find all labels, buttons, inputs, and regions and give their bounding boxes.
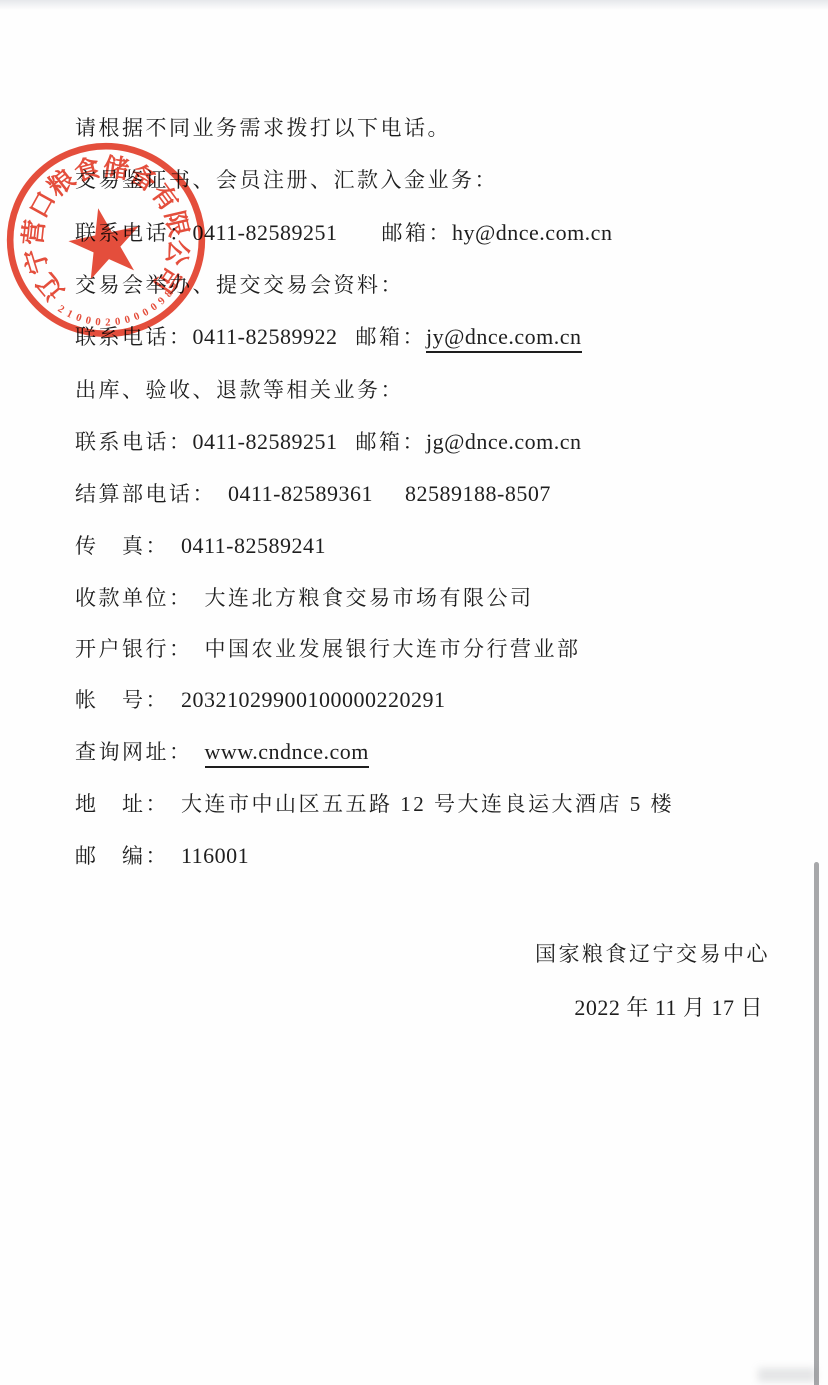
intro-text: 请根据不同业务需求拨打以下电话。 (75, 116, 451, 140)
phone-label: 联系电话： (75, 221, 193, 245)
section3-heading: 出库、验收、退款等相关业务： (75, 374, 404, 404)
phone-number: 0411-82589251 (193, 429, 338, 454)
section-heading-text: 交易会举办、提交交易会资料： (75, 273, 404, 297)
address-line: 地 址：大连市中山区五五路 12 号大连良运大酒店 5 楼 (75, 788, 674, 818)
bank-line: 开户银行：中国农业发展银行大连市分行营业部 (75, 633, 581, 663)
account-line: 帐 号：20321029900100000220291 (75, 684, 446, 714)
payee-label: 收款单位： (75, 586, 193, 610)
phone-number: 0411-82589922 (193, 324, 338, 349)
section-heading-text: 出库、验收、退款等相关业务： (75, 378, 404, 402)
bank-name: 中国农业发展银行大连市分行营业部 (205, 637, 581, 661)
scan-edge-top (0, 0, 828, 10)
section1-heading: 交易鉴证书、会员注册、汇款入金业务： (75, 164, 498, 194)
fax-label: 传 真： (75, 534, 169, 558)
email-address: jg@dnce.com.cn (426, 429, 582, 454)
website-url: www.cndnce.com (205, 739, 369, 768)
signature-date: 2022 年 11 月 17 日 (574, 991, 763, 1022)
settlement-phone-1: 0411-82589361 (228, 481, 373, 506)
fax-number: 0411-82589241 (181, 533, 326, 558)
account-label: 帐 号： (75, 688, 169, 712)
address-value: 大连市中山区五五路 12 号大连良运大酒店 5 楼 (181, 792, 674, 816)
intro-line: 请根据不同业务需求拨打以下电话。 (75, 112, 451, 142)
svg-text:口: 口 (24, 187, 62, 223)
bank-label: 开户银行： (75, 637, 193, 661)
phone-label: 联系电话： (75, 325, 193, 349)
scan-edge-right (814, 862, 819, 1385)
svg-text:营: 营 (18, 218, 50, 247)
svg-text:1: 1 (65, 308, 75, 321)
website-label: 查询网址： (75, 740, 193, 764)
email-label: 邮箱： (382, 221, 453, 245)
phone-label: 联系电话： (75, 430, 193, 454)
section3-contact: 联系电话：0411-82589251邮箱：jg@dnce.com.cn (75, 426, 582, 456)
settlement-phone-line: 结算部电话：0411-8258936182589188-8507 (75, 478, 551, 508)
postcode-line: 邮 编：116001 (75, 840, 249, 870)
signature-date-text: 2022 年 11 月 17 日 (574, 995, 763, 1020)
scanned-document-page: 请根据不同业务需求拨打以下电话。 交易鉴证书、会员注册、汇款入金业务： 联系电话… (0, 0, 828, 1385)
postcode-label: 邮 编： (75, 844, 169, 868)
website-line: 查询网址：www.cndnce.com (75, 736, 369, 766)
section-heading-text: 交易鉴证书、会员注册、汇款入金业务： (75, 168, 498, 192)
svg-text:辽: 辽 (31, 267, 70, 305)
scan-smudge (758, 1368, 816, 1382)
svg-text:宁: 宁 (19, 244, 54, 277)
svg-text:0: 0 (148, 301, 159, 314)
postcode-value: 116001 (181, 843, 249, 868)
section1-contact: 联系电话：0411-82589251邮箱：hy@dnce.com.cn (75, 217, 612, 247)
address-label: 地 址： (75, 792, 169, 816)
signature-org-text: 国家粮食辽宁交易中心 (535, 942, 770, 966)
email-label: 邮箱： (356, 430, 427, 454)
payee-line: 收款单位：大连北方粮食交易市场有限公司 (75, 582, 534, 612)
phone-number: 0411-82589251 (193, 220, 338, 245)
svg-text:2: 2 (56, 303, 67, 316)
email-address: hy@dnce.com.cn (452, 220, 612, 245)
account-number: 20321029900100000220291 (181, 687, 446, 712)
settlement-phone-2: 82589188-8507 (405, 481, 551, 506)
fax-line: 传 真：0411-82589241 (75, 530, 326, 560)
payee-name: 大连北方粮食交易市场有限公司 (205, 586, 534, 610)
email-address: jy@dnce.com.cn (426, 324, 582, 353)
section2-contact: 联系电话：0411-82589922邮箱：jy@dnce.com.cn (75, 321, 582, 351)
section2-heading: 交易会举办、提交交易会资料： (75, 269, 404, 299)
svg-text:0: 0 (140, 306, 150, 319)
settlement-label: 结算部电话： (75, 482, 216, 506)
email-label: 邮箱： (356, 325, 427, 349)
signature-org: 国家粮食辽宁交易中心 (535, 938, 770, 968)
